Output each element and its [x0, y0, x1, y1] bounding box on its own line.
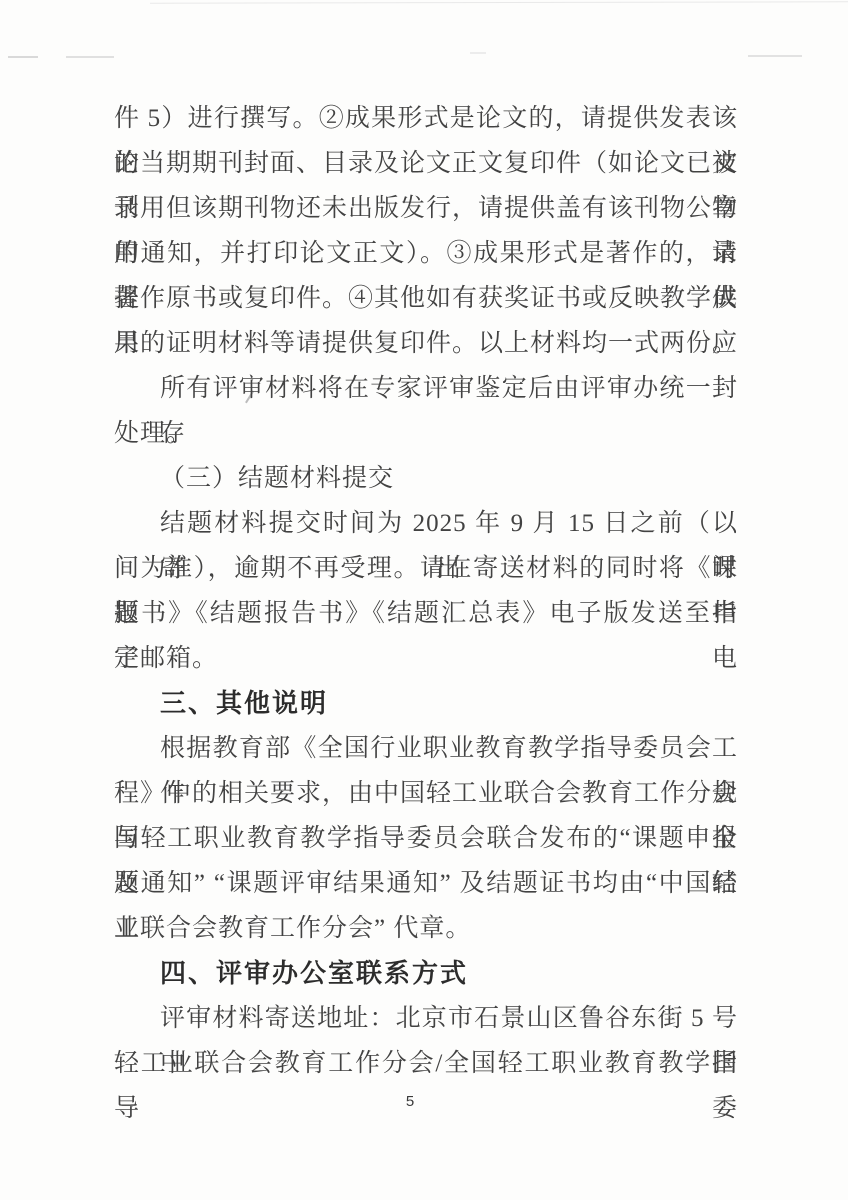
- text-line: 件 5）进行撰写。②成果形式是论文的，请提供发表该论文: [114, 96, 738, 141]
- text-line: 的当期期刊封面、目录及论文正文复印件（如论文已被刊物: [114, 141, 738, 186]
- scan-artifact: [8, 56, 38, 58]
- text-line: 报书》《结题报告书》《结题汇总表》电子版发送至指定电: [114, 591, 738, 636]
- scan-artifact: [66, 56, 114, 58]
- scan-artifact: [748, 55, 802, 57]
- text-line: 评审材料寄送地址：北京市石景山区鲁谷东街 5 号中国: [114, 996, 738, 1041]
- text-line: 轻工业联合会教育工作分会/全国轻工职业教育教学指导委: [114, 1041, 738, 1086]
- section-heading: 四、评审办公室联系方式: [114, 951, 738, 996]
- text-line: 题通知” “课题评审结果通知” 及结题证书均由“中国轻工: [114, 861, 738, 906]
- document-page: 件 5）进行撰写。②成果形式是论文的，请提供发表该论文的当期期刊封面、目录及论文…: [0, 0, 848, 1200]
- section-heading: 三、其他说明: [114, 681, 738, 726]
- text-line: 所有评审材料将在专家评审鉴定后由评审办统一封存: [114, 366, 738, 411]
- text-line: 程》中的相关要求，由中国轻工业联合会教育工作分会与全: [114, 771, 738, 816]
- text-line: 间为准），逾期不再受理。请在寄送材料的同时将《课题申: [114, 546, 738, 591]
- text-line: 处理。: [114, 411, 738, 456]
- text-line: 用的证明材料等请提供复印件。以上材料均一式两份。: [114, 321, 738, 366]
- text-line: 录用但该期刊物还未出版发行，请提供盖有该刊物公章的录: [114, 186, 738, 231]
- text-line: （三）结题材料提交: [114, 456, 738, 501]
- text-line: 著作原书或复印件。④其他如有获奖证书或反映教学成果应: [114, 276, 738, 321]
- scan-edge-line: [150, 1, 848, 3]
- scan-artifact: [470, 52, 486, 54]
- text-line: 业联合会教育工作分会” 代章。: [114, 906, 738, 951]
- text-line: 结题材料提交时间为 2025 年 9 月 15 日之前（以寄出时: [114, 501, 738, 546]
- text-line: 用通知，并打印论文正文）。③成果形式是著作的，请提供: [114, 231, 738, 276]
- text-block: 件 5）进行撰写。②成果形式是论文的，请提供发表该论文的当期期刊封面、目录及论文…: [114, 96, 738, 1086]
- page-number: 5: [396, 1093, 424, 1110]
- text-line: 国轻工职业教育教学指导委员会联合发布的“课题申报及结: [114, 816, 738, 861]
- text-line: 根据教育部《全国行业职业教育教学指导委员会工作规: [114, 726, 738, 771]
